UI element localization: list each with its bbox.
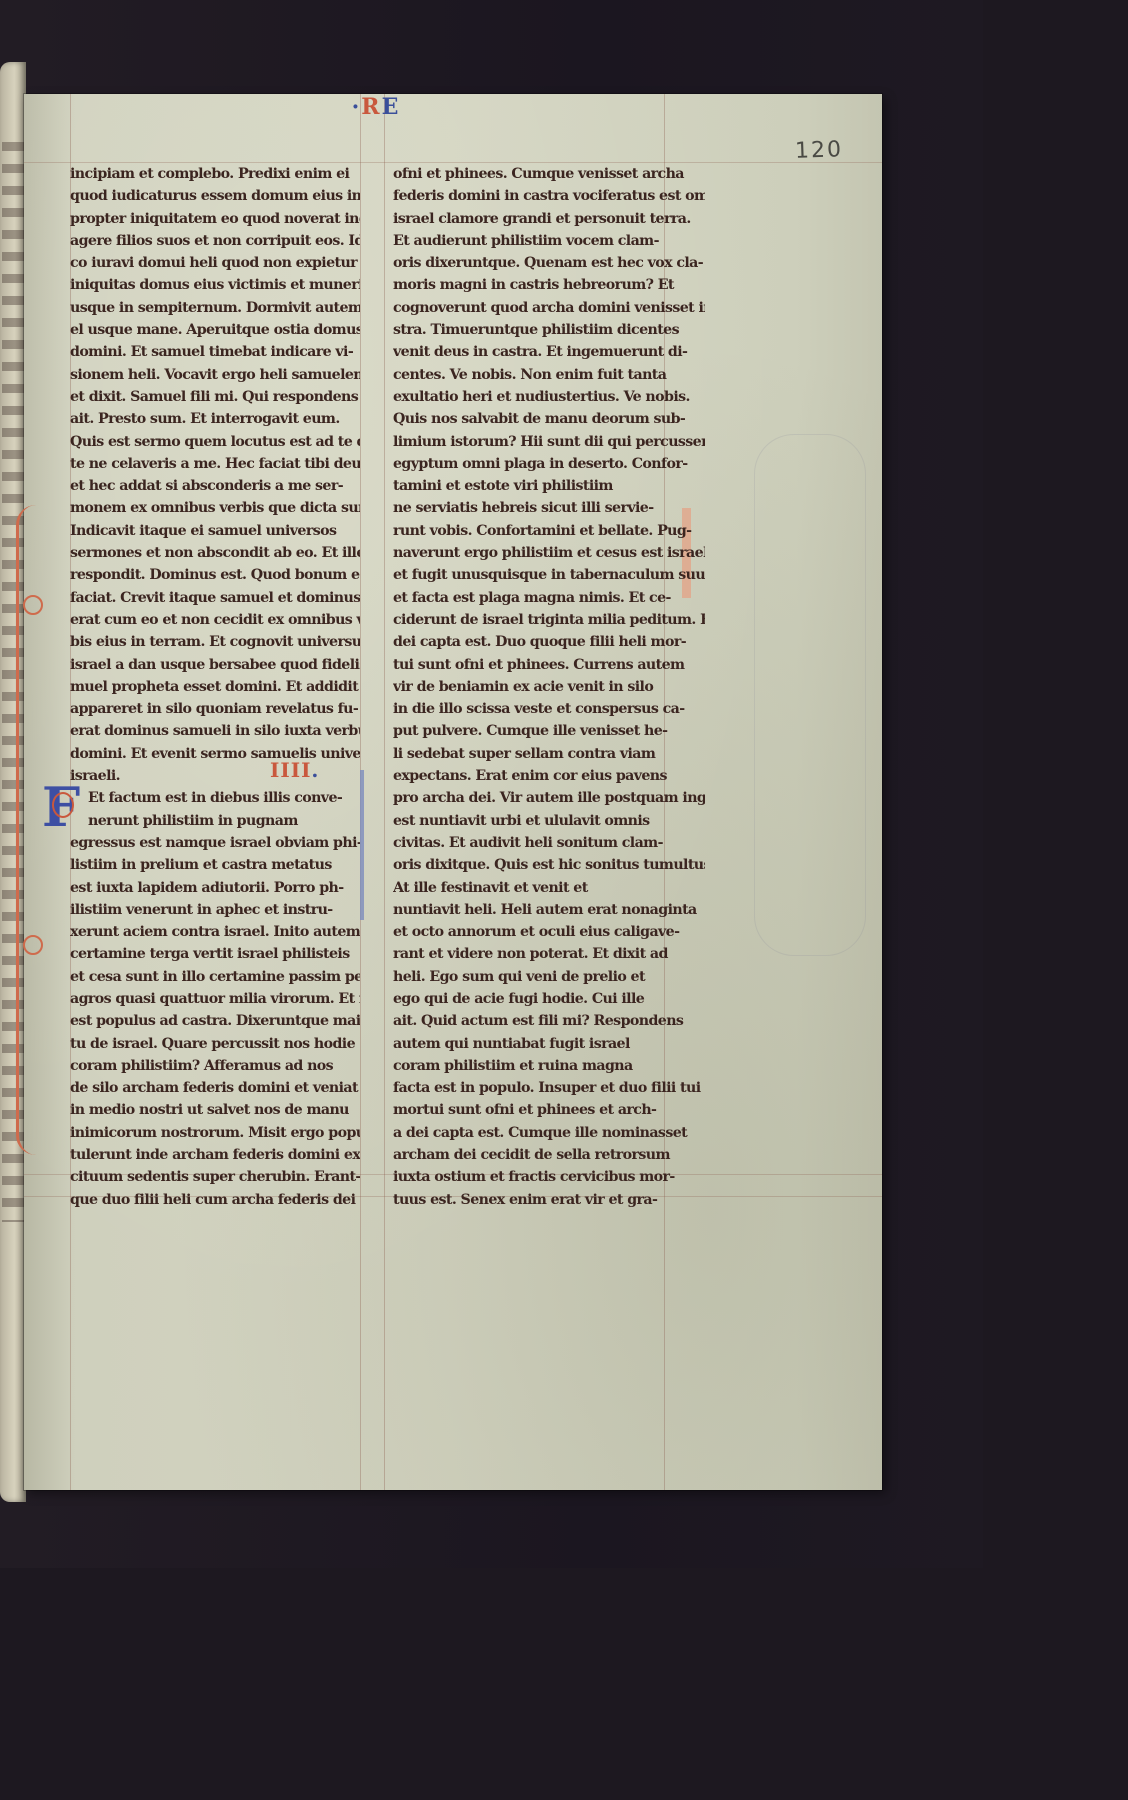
text-line: naverunt ergo philistiim et cesus est is… bbox=[393, 542, 705, 564]
text-line: ego qui de acie fugi hodie. Cui ille bbox=[393, 988, 705, 1010]
text-line: te ne celaveris a me. Hec faciat tibi de… bbox=[70, 453, 360, 475]
text-line: propter iniquitatem eo quod noverat indi… bbox=[70, 208, 360, 230]
text-line: domini. Et samuel timebat indicare vi- bbox=[70, 341, 360, 363]
text-line: tamini et estote viri philistiim bbox=[393, 475, 705, 497]
text-line: ait. Quid actum est fili mi? Respondens bbox=[393, 1010, 705, 1032]
text-line: ait. Presto sum. Et interrogavit eum. bbox=[70, 408, 360, 430]
text-line: tu de israel. Quare percussit nos hodie … bbox=[70, 1033, 360, 1055]
decorated-initial: F bbox=[40, 776, 82, 838]
text-line: in medio nostri ut salvet nos de manu bbox=[70, 1099, 360, 1121]
text-line: bis eius in terram. Et cognovit universu… bbox=[70, 631, 360, 653]
text-line: est populus ad castra. Dixeruntque maior… bbox=[70, 1010, 360, 1032]
text-line: civitas. Et audivit heli sonitum clam- bbox=[393, 832, 705, 854]
text-line: pro archa dei. Vir autem ille postquam i… bbox=[393, 787, 705, 809]
text-line: muel propheta esset domini. Et addidit d… bbox=[70, 676, 360, 698]
text-line: expectans. Erat enim cor eius pavens bbox=[393, 765, 705, 787]
text-line: et fugit unusquisque in tabernaculum suu… bbox=[393, 564, 705, 586]
text-line: certamine terga vertit israel philisteis bbox=[70, 943, 360, 965]
text-line: et octo annorum et oculi eius caligave- bbox=[393, 921, 705, 943]
running-head: · R E bbox=[320, 92, 430, 122]
text-column-left: incipiam et complebo. Predixi enim eiquo… bbox=[70, 163, 360, 1211]
text-line: tui sunt ofni et phinees. Currens autem bbox=[393, 654, 705, 676]
chapter-number: IIII. bbox=[270, 758, 319, 782]
text-line: israel a dan usque bersabee quod fidelis… bbox=[70, 654, 360, 676]
text-line: tulerunt inde archam federis domini exer… bbox=[70, 1144, 360, 1166]
ruling-line bbox=[384, 94, 385, 1490]
text-line: faciat. Crevit itaque samuel et dominus bbox=[70, 587, 360, 609]
running-head-red: R bbox=[361, 94, 379, 120]
text-line: co iuravi domui heli quod non expietur bbox=[70, 252, 360, 274]
text-line: a dei capta est. Cumque ille nominasset bbox=[393, 1122, 705, 1144]
text-line: appareret in silo quoniam revelatus fu- bbox=[70, 698, 360, 720]
text-line: erat dominus samueli in silo iuxta verbu… bbox=[70, 720, 360, 742]
text-line: Et factum est in diebus illis conve- bbox=[70, 787, 360, 809]
text-line: li sedebat super sellam contra viam bbox=[393, 743, 705, 765]
text-line: venit deus in castra. Et ingemuerunt di- bbox=[393, 341, 705, 363]
text-line: archam dei cecidit de sella retrorsum bbox=[393, 1144, 705, 1166]
text-line: respondit. Dominus est. Quod bonum est i… bbox=[70, 564, 360, 586]
text-line: egressus est namque israel obviam phi- bbox=[70, 832, 360, 854]
text-line: facta est in populo. Insuper et duo fili… bbox=[393, 1077, 705, 1099]
text-line: ofni et phinees. Cumque venisset archa bbox=[393, 163, 705, 185]
text-line: xerunt aciem contra israel. Inito autem bbox=[70, 921, 360, 943]
text-line: et cesa sunt in illo certamine passim pe… bbox=[70, 966, 360, 988]
text-line: coram philistiim et ruina magna bbox=[393, 1055, 705, 1077]
text-line: Quis nos salvabit de manu deorum sub- bbox=[393, 408, 705, 430]
text-line: stra. Timueruntque philistiim dicentes bbox=[393, 319, 705, 341]
text-line: coram philistiim? Afferamus ad nos bbox=[70, 1055, 360, 1077]
running-head-blue: E bbox=[382, 94, 399, 120]
text-line: heli. Ego sum qui veni de prelio et bbox=[393, 966, 705, 988]
text-line: ilistiim venerunt in aphec et instru- bbox=[70, 899, 360, 921]
text-line: quod iudicaturus essem domum eius in ete… bbox=[70, 185, 360, 207]
text-line: que duo filii heli cum archa federis dei bbox=[70, 1189, 360, 1211]
text-line: dei capta est. Duo quoque filii heli mor… bbox=[393, 631, 705, 653]
text-line: runt vobis. Confortamini et bellate. Pug… bbox=[393, 520, 705, 542]
text-line: oris dixeruntque. Quenam est hec vox cla… bbox=[393, 252, 705, 274]
text-line: inimicorum nostrorum. Misit ergo populus… bbox=[70, 1122, 360, 1144]
text-line: et dixit. Samuel fili mi. Qui respondens bbox=[70, 386, 360, 408]
text-line: nuntiavit heli. Heli autem erat nonagint… bbox=[393, 899, 705, 921]
text-line: moris magni in castris hebreorum? Et bbox=[393, 274, 705, 296]
text-line: At ille festinavit et venit et bbox=[393, 877, 705, 899]
text-line: incipiam et complebo. Predixi enim ei bbox=[70, 163, 360, 185]
text-line: nerunt philistiim in pugnam bbox=[70, 810, 360, 832]
text-line: Indicavit itaque ei samuel universos bbox=[70, 520, 360, 542]
text-line: monem ex omnibus verbis que dicta sunt t… bbox=[70, 497, 360, 519]
text-line: Et audierunt philistiim vocem clam- bbox=[393, 230, 705, 252]
text-line: Quis est sermo quem locutus est ad te do… bbox=[70, 431, 360, 453]
text-line: exultatio heri et nudiustertius. Ve nobi… bbox=[393, 386, 705, 408]
text-line: de silo archam federis domini et veniat bbox=[70, 1077, 360, 1099]
text-line: listiim in prelium et castra metatus bbox=[70, 854, 360, 876]
text-line: sermones et non abscondit ab eo. Et ille bbox=[70, 542, 360, 564]
text-line: in die illo scissa veste et conspersus c… bbox=[393, 698, 705, 720]
text-column-right: ofni et phinees. Cumque venisset archafe… bbox=[393, 163, 705, 1211]
text-line: limium istorum? Hii sunt dii qui percuss… bbox=[393, 431, 705, 453]
text-line: iuxta ostium et fractis cervicibus mor- bbox=[393, 1166, 705, 1188]
text-line: ne serviatis hebreis sicut illi servie- bbox=[393, 497, 705, 519]
show-through-drawing bbox=[754, 434, 866, 956]
text-line: israel clamore grandi et personuit terra… bbox=[393, 208, 705, 230]
text-line: rant et videre non poterat. Et dixit ad bbox=[393, 943, 705, 965]
text-line: centes. Ve nobis. Non enim fuit tanta bbox=[393, 364, 705, 386]
text-line: et facta est plaga magna nimis. Et ce- bbox=[393, 587, 705, 609]
text-line: usque in sempiternum. Dormivit autem sam… bbox=[70, 297, 360, 319]
text-line: est iuxta lapidem adiutorii. Porro ph- bbox=[70, 877, 360, 899]
text-line: mortui sunt ofni et phinees et arch- bbox=[393, 1099, 705, 1121]
text-line: erat cum eo et non cecidit ex omnibus ve… bbox=[70, 609, 360, 631]
text-line: est nuntiavit urbi et ululavit omnis bbox=[393, 810, 705, 832]
text-line: autem qui nuntiabat fugit israel bbox=[393, 1033, 705, 1055]
text-line: federis domini in castra vociferatus est… bbox=[393, 185, 705, 207]
text-line: cituum sedentis super cherubin. Erant- bbox=[70, 1166, 360, 1188]
text-line: agros quasi quattuor milia virorum. Et r… bbox=[70, 988, 360, 1010]
text-line: oris dixitque. Quis est hic sonitus tumu… bbox=[393, 854, 705, 876]
text-line: vir de beniamin ex acie venit in silo bbox=[393, 676, 705, 698]
text-line: et hec addat si absconderis a me ser- bbox=[70, 475, 360, 497]
text-line: put pulvere. Cumque ille venisset he- bbox=[393, 720, 705, 742]
text-line: el usque mane. Aperuitque ostia domus bbox=[70, 319, 360, 341]
text-line: tuus est. Senex enim erat vir et gra- bbox=[393, 1189, 705, 1211]
text-line: ciderunt de israel triginta milia peditu… bbox=[393, 609, 705, 631]
text-line: sionem heli. Vocavit ergo heli samuelem bbox=[70, 364, 360, 386]
text-line: iniquitas domus eius victimis et munerib… bbox=[70, 274, 360, 296]
text-line: agere filios suos et non corripuit eos. … bbox=[70, 230, 360, 252]
folio-number: 120 bbox=[795, 137, 844, 164]
text-line: egyptum omni plaga in deserto. Confor- bbox=[393, 453, 705, 475]
text-line: cognoverunt quod archa domini venisset i… bbox=[393, 297, 705, 319]
